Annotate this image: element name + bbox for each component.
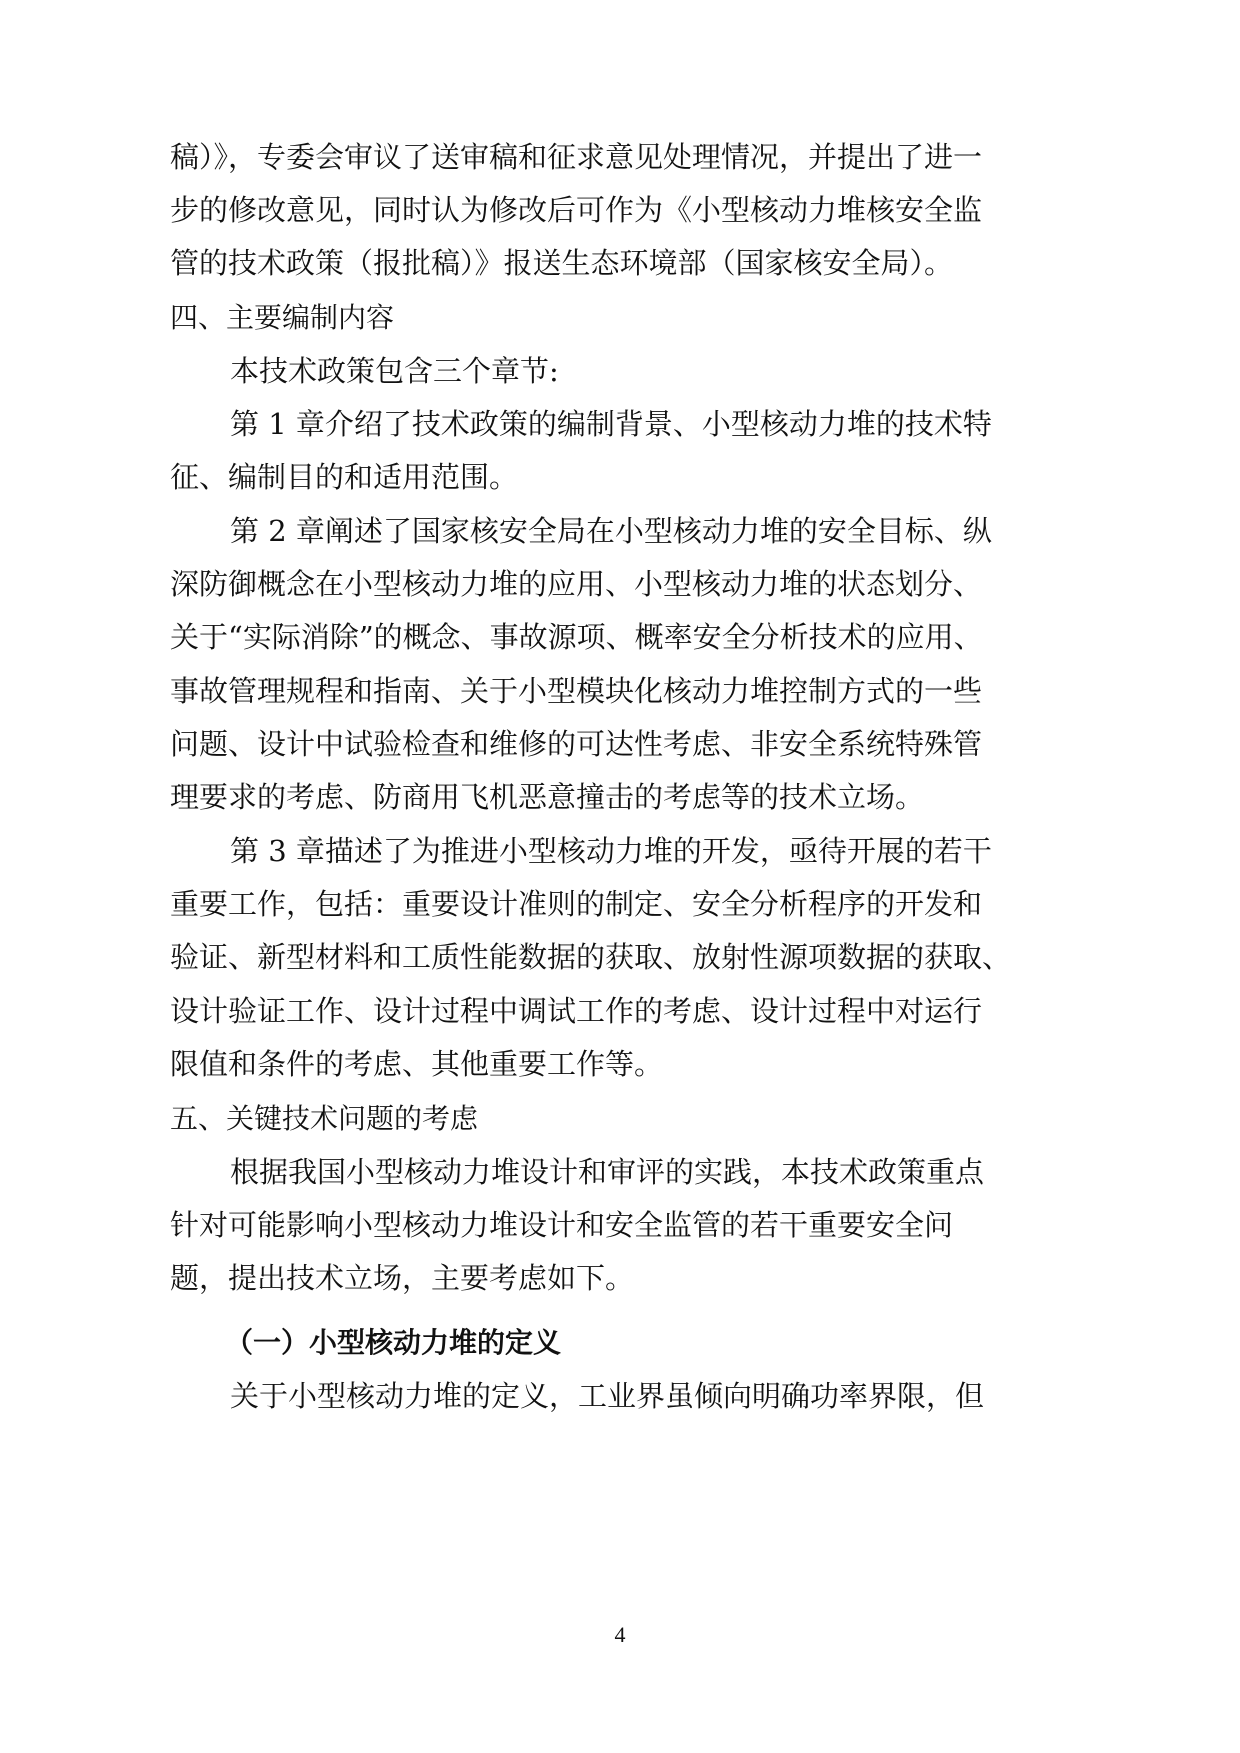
paragraph-line: 管的技术政策（报批稿）》报送生态环境部（国家核安全局）。 bbox=[170, 245, 945, 281]
paragraph-line: 本技术政策包含三个章节: bbox=[230, 353, 945, 389]
paragraph-line: 题，提出技术立场，主要考虑如下。 bbox=[170, 1260, 945, 1296]
paragraph-line: 第 3 章描述了为推进小型核动力堆的开发，亟待开展的若干 bbox=[230, 833, 945, 869]
subsection-heading: （一）小型核动力堆的定义 bbox=[225, 1325, 561, 1361]
paragraph-line: 关于小型核动力堆的定义，工业界虽倾向明确功率界限，但 bbox=[230, 1378, 945, 1414]
paragraph-line: 限值和条件的考虑、其他重要工作等。 bbox=[170, 1046, 945, 1082]
document-page: 稿）》，专委会审议了送审稿和征求意见处理情况，并提出了进一 步的修改意见，同时认… bbox=[0, 0, 1240, 1753]
paragraph-line: 重要工作，包括：重要设计准则的制定、安全分析程序的开发和 bbox=[170, 886, 945, 922]
paragraph-line: 关于“实际消除”的概念、事故源项、概率安全分析技术的应用、 bbox=[170, 619, 945, 655]
paragraph-line: 理要求的考虑、防商用飞机恶意撞击的考虑等的技术立场。 bbox=[170, 779, 945, 815]
paragraph-line: 问题、设计中试验检查和维修的可达性考虑、非安全系统特殊管 bbox=[170, 726, 945, 762]
paragraph-line: 深防御概念在小型核动力堆的应用、小型核动力堆的状态划分、 bbox=[170, 566, 945, 602]
paragraph-line: 根据我国小型核动力堆设计和审评的实践，本技术政策重点 bbox=[230, 1154, 945, 1190]
paragraph-line: 事故管理规程和指南、关于小型模块化核动力堆控制方式的一些 bbox=[170, 673, 945, 709]
paragraph-line: 稿）》，专委会审议了送审稿和征求意见处理情况，并提出了进一 bbox=[170, 139, 945, 175]
paragraph-line: 步的修改意见，同时认为修改后可作为《小型核动力堆核安全监 bbox=[170, 192, 945, 228]
paragraph-line: 第 1 章介绍了技术政策的编制背景、小型核动力堆的技术特 bbox=[230, 406, 945, 442]
page-number: 4 bbox=[0, 1622, 1240, 1648]
paragraph-line: 设计验证工作、设计过程中调试工作的考虑、设计过程中对运行 bbox=[170, 993, 945, 1029]
paragraph-line: 第 2 章阐述了国家核安全局在小型核动力堆的安全目标、纵 bbox=[230, 513, 945, 549]
section-heading-4: 四、主要编制内容 bbox=[170, 300, 394, 336]
paragraph-line: 针对可能影响小型核动力堆设计和安全监管的若干重要安全问 bbox=[170, 1207, 945, 1243]
paragraph-line: 验证、新型材料和工质性能数据的获取、放射性源项数据的获取、 bbox=[170, 939, 945, 975]
section-heading-5: 五、关键技术问题的考虑 bbox=[170, 1101, 478, 1137]
paragraph-line: 征、编制目的和适用范围。 bbox=[170, 459, 945, 495]
